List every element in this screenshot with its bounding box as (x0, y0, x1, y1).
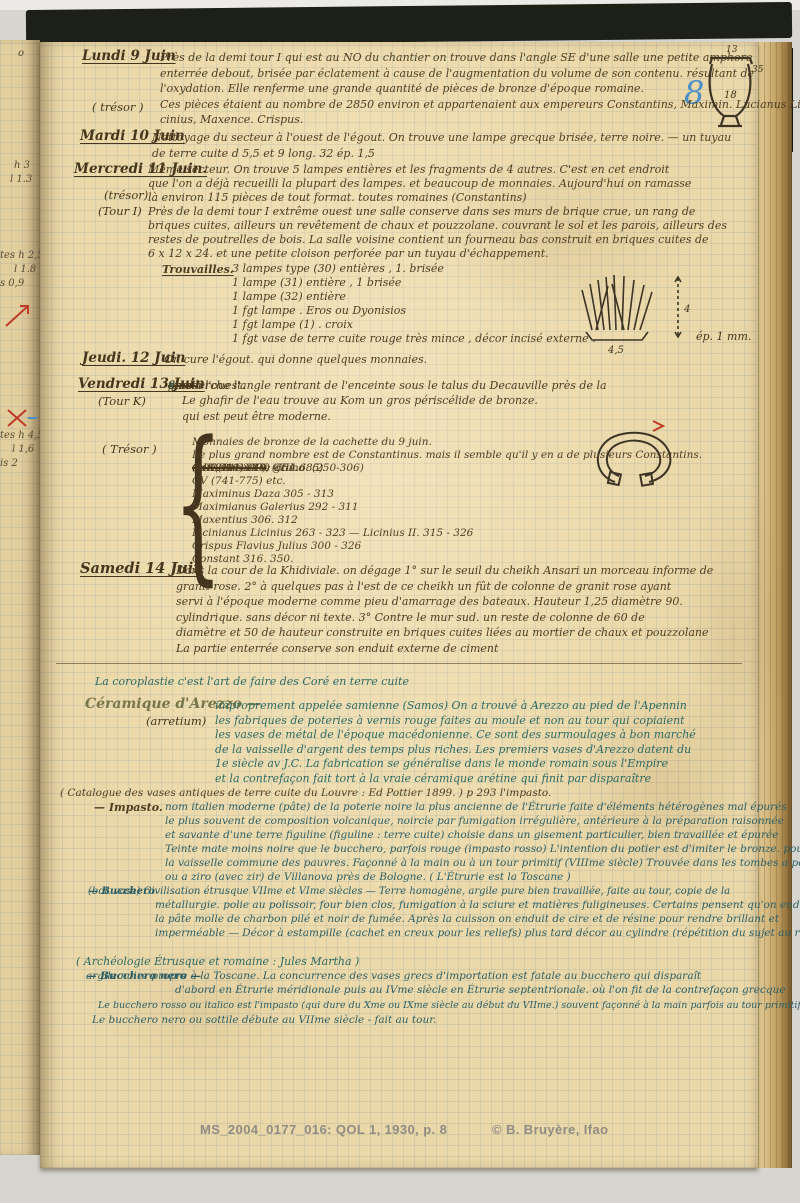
manuscript-line: qui est peut être moderne. (182, 409, 538, 425)
svg-text:4: 4 (683, 304, 690, 315)
manuscript-line: d'abord en Étrurie méridionale puis au I… (175, 983, 786, 999)
red-pen-mark (650, 418, 668, 434)
manuscript-line: de la vaisselle d'argent des temps plus … (215, 743, 696, 758)
manuscript-line: que l'on a déjà recueilli la plupart des… (148, 177, 727, 191)
manuscript-line: Même secteur. On trouve 5 lampes entière… (148, 163, 727, 177)
entry-side-label: (Tour K) (98, 394, 146, 408)
section-body: improprement appelée samienne (Samos) On… (215, 699, 696, 786)
entry-side-label: (Tour I) (98, 204, 142, 218)
entry-body: Dans la cour de la Khidiviale. on dégage… (176, 563, 713, 656)
find-item: 1 lampe (31) entière , 1 brisée (232, 276, 596, 290)
manuscript-line: cylindrique. sans décor ni texte. 3° Con… (176, 610, 713, 626)
margin-note: is 2 (0, 458, 18, 469)
line-fragment: (407-411) CIV. (654.685) (192, 462, 323, 475)
coin-entry: Crispus Flavius Julius 300 - 326 (192, 540, 473, 553)
find-item: 1 fgt lampe . Eros ou Dyonisios (232, 304, 596, 318)
manuscript-line: 1e siècle av J.C. La fabrication se géné… (215, 757, 696, 772)
manuscript-line: Près de la demi tour I extrême ouest une… (148, 205, 727, 219)
scanned-notebook-photo: { "scan": { "page_number_blue": "8", "ca… (0, 0, 800, 1203)
manuscript-line: imperméable — Décor à estampille (cachet… (155, 926, 800, 940)
entry-body: Le ghafir de l'eau trouve au Kom un gros… (182, 393, 538, 424)
coin-list-top: Monnaies de bronze de la cachette du 9 j… (192, 436, 702, 462)
scan-caption-id: MS_2004_0177_016: QOL 1, 1930, p. 8 (200, 1122, 447, 1137)
svg-text:4,5: 4,5 (607, 345, 624, 356)
margin-note: tes h 4,5 (0, 430, 44, 441)
manuscript-line: granit rose. 2° à quelques pas à l'est d… (176, 579, 713, 595)
manuscript-line: les vases de métal de l'époque macédonie… (215, 728, 696, 743)
coin-entry: CV (741-775) etc. (192, 475, 473, 488)
margin-note: l 1.3 (10, 174, 32, 185)
manuscript-line: et la contrefaçon fait tort à la vraie c… (215, 772, 696, 787)
impasto-body: nom italien moderne (pâte) de la poterie… (165, 800, 800, 884)
manuscript-line: improprement appelée samienne (Samos) On… (215, 699, 696, 714)
coin-entry: Maxentius 306. 312 (192, 514, 473, 527)
manuscript-line: cinius, Maxence. Crispus. (160, 112, 800, 128)
incised-decor-sketch: 4,5 4 ép. 1 mm. (578, 270, 758, 356)
line-fragment: face à l'ouest. (168, 378, 245, 394)
margin-note: l 1.8 (14, 264, 36, 275)
manuscript-line: briques cuites, ailleurs un revêtement d… (148, 219, 727, 233)
coin-entry: Licinianus Licinius 263 - 323 — Licinius… (192, 527, 473, 540)
manuscript-line: Le ghafir de l'eau trouve au Kom un gros… (182, 393, 538, 409)
entry-side-label: (trésor) (104, 188, 148, 202)
entry-side-label: ( Trésor ) (102, 442, 157, 456)
manuscript-line: enterrée debout, brisée par éclatement à… (160, 66, 800, 82)
ink-separator-line (56, 663, 742, 664)
manuscript-line: le plus souvent de composition volcaniqu… (165, 814, 800, 828)
manuscript-line: nom italien moderne (pâte) de la poterie… (165, 800, 800, 814)
scan-caption-credit: © B. Bruyère, Ifao (492, 1122, 608, 1137)
manuscript-line: là environ 115 pièces de tout format. to… (148, 191, 727, 205)
notebook-spine-shadow (26, 2, 792, 46)
svg-text:ép. 1 mm.: ép. 1 mm. (696, 330, 751, 343)
manuscript-line: métallurgie. polie au polissoir, four bi… (155, 898, 800, 912)
coin-entry: Maximianus Galerius 292 - 311 (192, 501, 473, 514)
manuscript-line: restes de poutrelles de bois. La salle v… (148, 233, 727, 247)
red-pen-mark (2, 302, 36, 332)
facing-page-edge: o h 3 l 1.3 tes h 2,5 l 1.8 s 0,9 tes h … (0, 40, 40, 1155)
margin-note: tes h 2,5 (0, 250, 44, 261)
manuscript-line: Monnaies de bronze de la cachette du 9 j… (192, 436, 702, 449)
find-item: 1 lampe (32) entière (232, 290, 596, 304)
bucchero-body: métallurgie. polie au polissoir, four bi… (155, 898, 800, 940)
entry-body: Près de la demi tour I qui est au NO du … (160, 50, 800, 128)
manuscript-line: Ces pièces étaient au nombre de 2850 env… (160, 97, 800, 113)
find-item: 1 fgt lampe (1) . croix (232, 318, 596, 332)
manuscript-line: Le bucchero rosso ou italico est l'impas… (98, 998, 800, 1014)
manuscript-line: Teinte mate moins noire que le bucchero,… (165, 842, 800, 856)
manuscript-line: de terre cuite d 5,5 et 9 long. 32 ép. 1… (152, 146, 731, 162)
manuscript-line: Nettoyage du secteur à l'ouest de l'égou… (152, 130, 731, 146)
trouvailles-list: 3 lampes type (30) entières , 1. brisée1… (232, 262, 596, 346)
manuscript-line: l'oxydation. Elle renferme une grande qu… (160, 81, 800, 97)
entry-side-label: ( trésor ) (92, 100, 144, 114)
margin-note: s 0,9 (0, 278, 24, 289)
manuscript-line: ou a ziro (avec zir) de Villanova près d… (165, 870, 800, 884)
find-item: 1 fgt vase de terre cuite rouge très min… (232, 332, 596, 346)
section-side-label: (arretium) (146, 714, 206, 728)
manuscript-line: Le plus grand nombre est de Constantinus… (192, 449, 702, 462)
manuscript-line: Dans la cour de la Khidiviale. on dégage… (176, 563, 713, 579)
margin-note: o (18, 48, 24, 59)
notebook-page: 8 13 35 18 Lundi 9 Juin ( trésor ) Près … (40, 42, 758, 1168)
manuscript-line: les fabriques de poteries à vernis rouge… (215, 714, 696, 729)
manuscript-line: Le bucchero nero ou sottile débute au VI… (92, 1013, 436, 1029)
manuscript-line: Près de la demi tour I qui est au NO du … (160, 50, 800, 66)
impasto-label: — Impasto. (94, 800, 163, 816)
coin-list: CV (741-775) etc.Maximinus Daza 305 - 31… (192, 475, 473, 566)
entry-body: Même secteur. On trouve 5 lampes entière… (148, 163, 727, 261)
coin-entry: Maximinus Daza 305 - 313 (192, 488, 473, 501)
red-pen-mark (4, 406, 38, 432)
manuscript-line: diamètre et 50 de hauteur construite en … (176, 625, 713, 641)
manuscript-line: 6 x 12 x 24. et une petite cloison perfo… (148, 247, 727, 261)
margin-note: h 3 (14, 160, 30, 171)
biblio-reference: ( Archéologie Étrusque et romaine : Jule… (76, 954, 359, 970)
coroplastie-note: La coroplastie c'est l'art de faire des … (95, 674, 409, 690)
manuscript-line: la pâte molle de charbon pilé et noir de… (155, 912, 800, 926)
manuscript-line: et savante d'une terre figuline (figulin… (165, 828, 800, 842)
manuscript-line: La partie enterrée conserve son enduit e… (176, 641, 713, 657)
manuscript-line: servi à l'époque moderne comme pieu d'am… (176, 594, 713, 610)
trouvailles-label: Trouvailles. (162, 262, 234, 278)
margin-note: l 1,6 (12, 444, 34, 455)
entry-body: On cure l'égout. qui donne quelques monn… (164, 352, 427, 368)
entry-body: Nettoyage du secteur à l'ouest de l'égou… (152, 130, 731, 161)
find-item: 3 lampes type (30) entières , 1. brisée (232, 262, 596, 276)
manuscript-line: la vaisselle commune des pauvres. Façonn… (165, 856, 800, 870)
